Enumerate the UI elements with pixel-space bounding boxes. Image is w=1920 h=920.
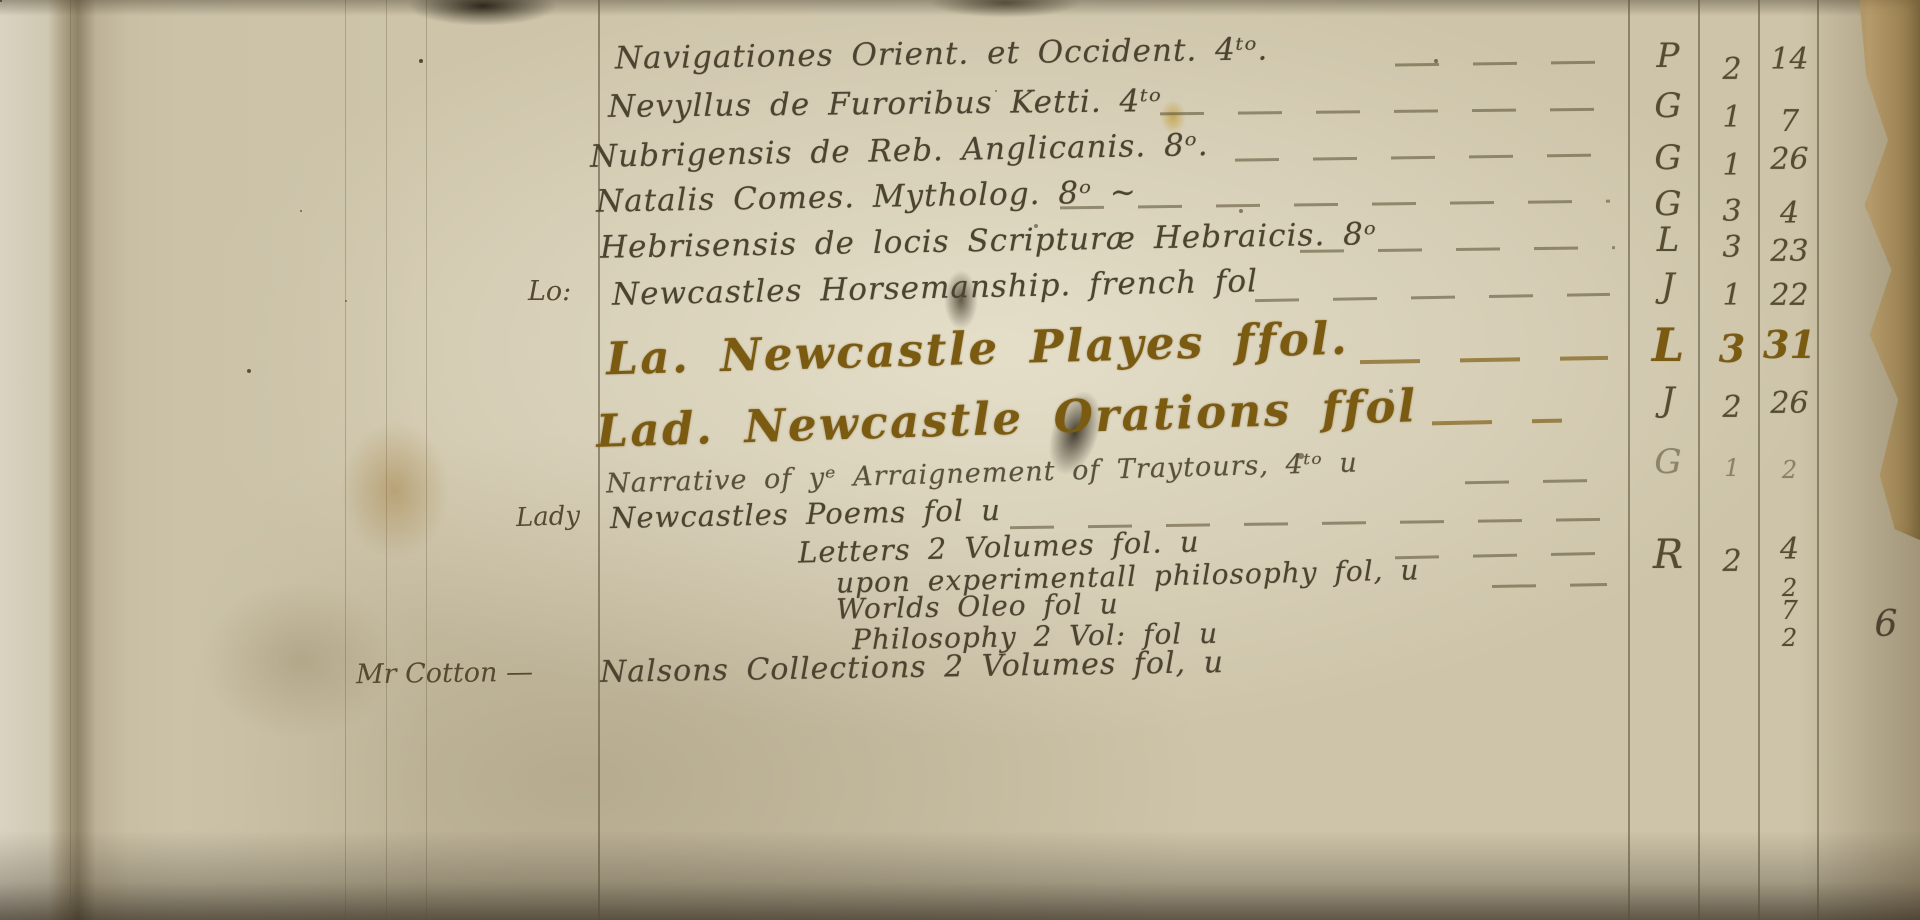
catalog-entry: Narrative of yᵉ Arraignement of Traytour… (606, 448, 1358, 500)
pressmark-letter: R (1638, 532, 1698, 578)
catalog-entry: Lad. Newcastle Orations ffol (595, 379, 1418, 458)
pressmark-letter: L (1638, 220, 1698, 260)
pressmark-number: 4 (1762, 532, 1817, 567)
pressmark-number: 26 (1762, 142, 1817, 177)
dash-leader (1160, 108, 1615, 116)
dash-leader (1060, 200, 1610, 210)
pressmark-number: 2 (1762, 624, 1817, 652)
pressmark-number: 26 (1762, 386, 1817, 421)
entry-title: Nevyllus de Furoribus Ketti. 4ᵗᵒ (608, 83, 1162, 125)
pressmark-shelf: 1 (1706, 278, 1758, 313)
pressmark-letter: J (1638, 266, 1698, 306)
entry-title: Narrative of yᵉ Arraignement of Traytour… (606, 448, 1358, 500)
pressmark-number: 23 (1762, 234, 1817, 269)
pressmark-shelf: 3 (1706, 326, 1758, 371)
catalog-entry: Natalis Comes. Mytholog. 8ᵒ ~ (596, 174, 1137, 219)
entry-title: Natalis Comes. Mytholog. 8ᵒ ~ (596, 174, 1137, 219)
pressmark-shelf: 3 (1706, 230, 1758, 265)
pressmark-shelf: 1 (1706, 454, 1758, 482)
pressmark-shelf: 2 (1706, 390, 1758, 425)
pressmark-letter: G (1638, 442, 1698, 482)
catalog-entry: Nevyllus de Furoribus Ketti. 4ᵗᵒ (608, 83, 1162, 125)
dash-leader (1492, 583, 1607, 588)
stray-number: 6 (1866, 604, 1906, 645)
catalog-entry: La. Newcastle Playes ffol. (605, 312, 1349, 386)
pressmark-shelf: 2 (1706, 52, 1758, 87)
column-rule-1 (1628, 0, 1630, 920)
pressmark-shelf: 3 (1706, 194, 1758, 229)
ink-speckles (0, 0, 2, 2)
pressmark-shelf: 1 (1706, 148, 1758, 183)
catalog-entry: Navigationes Orient. et Occident. 4ᵗᵒ. (615, 31, 1269, 76)
margin-note: Lady (515, 501, 580, 533)
pressmark-number: 4 (1762, 196, 1817, 231)
dash-leader (1360, 356, 1608, 364)
dash-leader (1432, 419, 1562, 426)
dash-leader (1255, 293, 1610, 302)
torn-page-edge (1836, 0, 1920, 540)
fold-crease (70, 0, 71, 920)
entry-title: Hebrisensis de locis Scripturæ Hebraicis… (600, 216, 1377, 266)
pressmark-shelf: 1 (1706, 100, 1758, 135)
catalog-entry: Nalsons Collections 2 Volumes fol, u (600, 645, 1224, 690)
paper-stain (340, 420, 450, 560)
entry-title: Navigationes Orient. et Occident. 4ᵗᵒ. (615, 31, 1269, 76)
dash-leader (1465, 479, 1610, 485)
pressmark-number: 14 (1762, 42, 1817, 77)
pressmark-letter: G (1638, 138, 1698, 178)
catalog-entry: Nubrigensis de Reb. Anglicanis. 8ᵒ. (590, 127, 1209, 175)
entry-title: Nubrigensis de Reb. Anglicanis. 8ᵒ. (590, 127, 1209, 175)
entry-title: Newcastles Horsemanship. french fol (612, 263, 1259, 313)
ink-smudge (930, 0, 1080, 18)
pressmark-letter: G (1638, 184, 1698, 224)
catalog-entry: Newcastles Horsemanship. french fol (612, 263, 1259, 313)
pressmark-number: 2 (1762, 456, 1817, 484)
entry-title: Lad. Newcastle Orations ffol (595, 379, 1418, 458)
ink-smudge (408, 0, 558, 26)
entry-title: Newcastles Poems fol u (610, 493, 1002, 535)
entry-title: La. Newcastle Playes ffol. (605, 312, 1349, 386)
pressmark-number: 22 (1762, 278, 1817, 313)
pressmark-letter: G (1638, 86, 1698, 126)
pressmark-number: 31 (1762, 322, 1817, 367)
column-rule-4 (1817, 0, 1819, 920)
column-rule-2 (1698, 0, 1700, 920)
dash-leader (1395, 552, 1610, 560)
pressmark-letter: J (1638, 380, 1698, 420)
catalog-entry: Newcastles Poems fol u (610, 493, 1002, 535)
pressmark-number: 7 (1762, 596, 1817, 626)
pressmark-shelf: 2 (1706, 544, 1758, 579)
margin-note: Lo: (528, 276, 571, 307)
dash-leader (1395, 60, 1617, 66)
margin-note: Mr Cotton — (356, 657, 533, 690)
catalog-entry: Hebrisensis de locis Scripturæ Hebraicis… (600, 216, 1377, 266)
dash-leader (1235, 153, 1613, 161)
entry-title: Nalsons Collections 2 Volumes fol, u (600, 645, 1224, 690)
column-rule-3 (1758, 0, 1760, 920)
pressmark-number: 7 (1762, 104, 1817, 139)
manuscript-page: Navigationes Orient. et Occident. 4ᵗᵒ. N… (0, 0, 1920, 920)
pressmark-letter: L (1638, 318, 1698, 372)
pressmark-letter: P (1638, 36, 1698, 76)
